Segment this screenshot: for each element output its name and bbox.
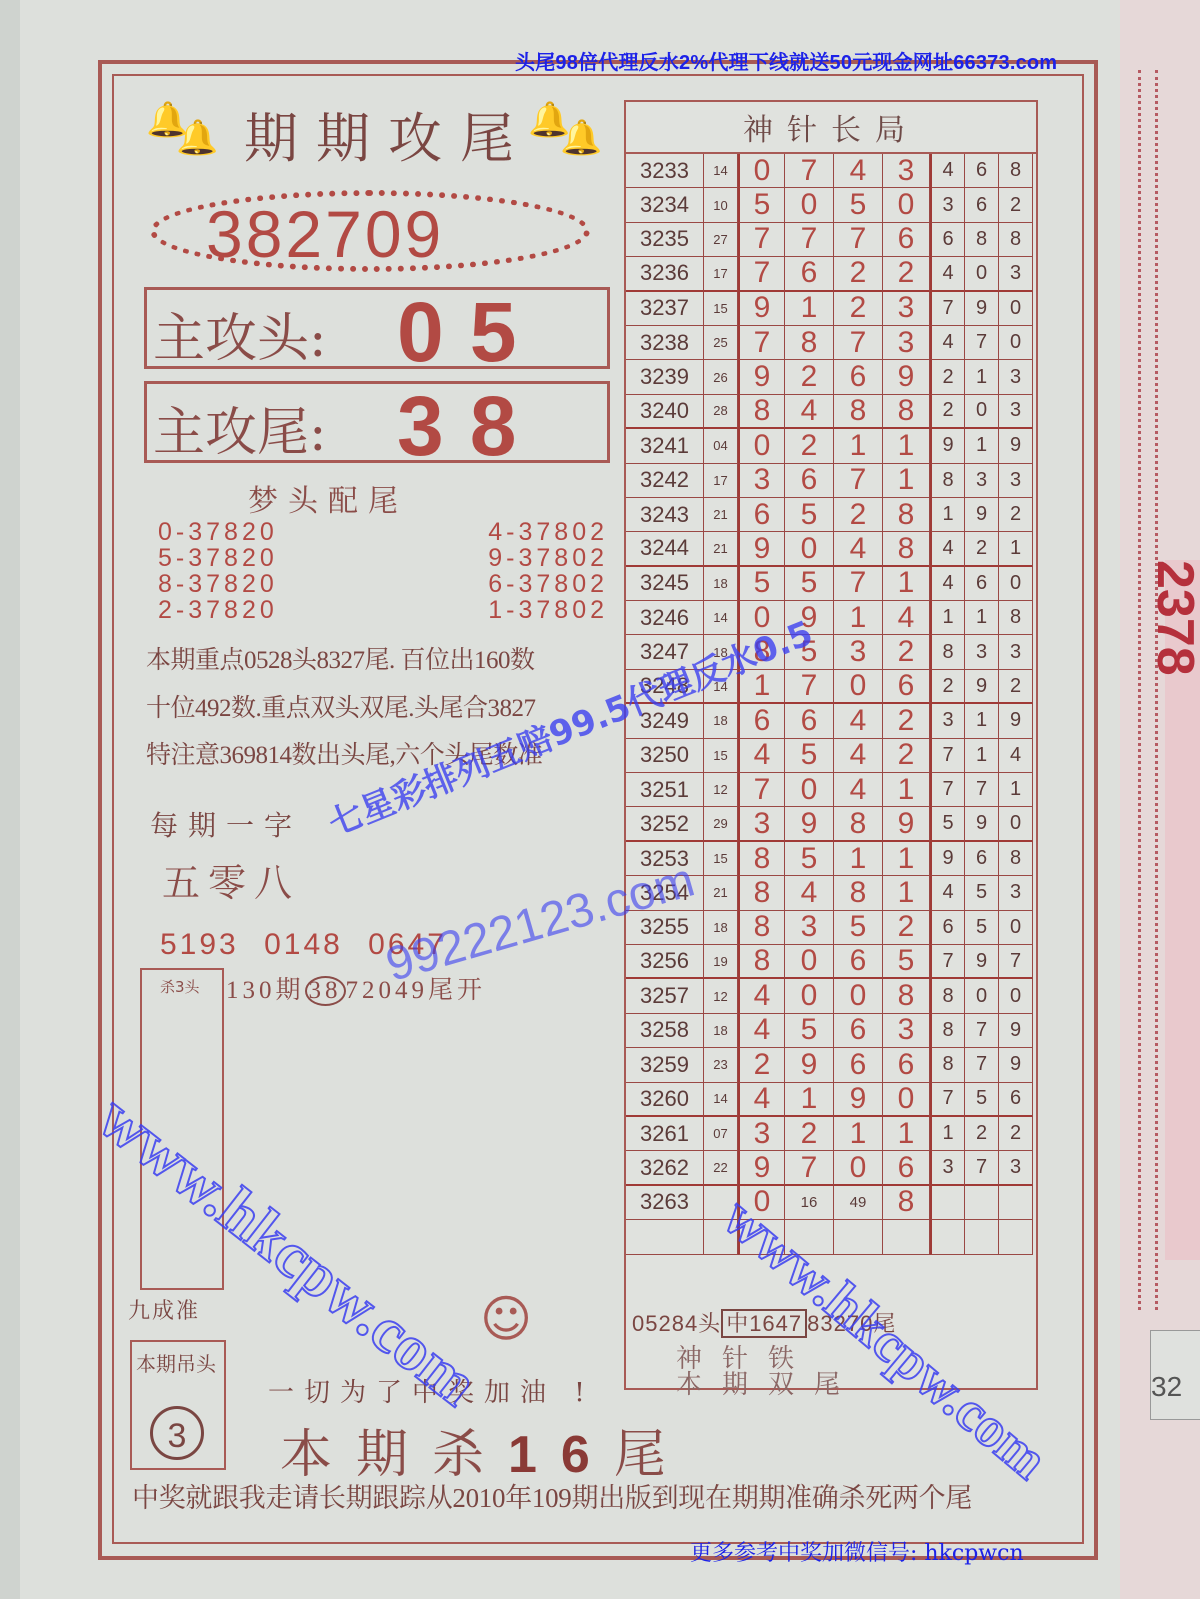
extra-digit-cell — [965, 1186, 999, 1220]
extra-digit-cell: 9 — [999, 1014, 1033, 1048]
extra-digit-cell: 1 — [965, 601, 999, 635]
page-title: 期期攻尾 — [244, 96, 532, 173]
issue-number-cell: 3241 — [626, 429, 704, 463]
extra-digit-cell: 7 — [999, 945, 1033, 979]
extra-digit-cell: 9 — [965, 807, 999, 841]
dream-pairs-title: 梦头配尾 — [248, 476, 408, 520]
main-head-box: 主攻头: 05 — [144, 287, 610, 369]
main-digit-cell: 7 — [834, 326, 883, 360]
extra-digit-cell: 5 — [965, 1083, 999, 1117]
issue-number-cell: 3251 — [626, 773, 704, 807]
main-digit-cell: 5 — [785, 498, 834, 532]
main-digit-cell: 6 — [834, 1014, 883, 1048]
record-prefix: 130期 — [226, 977, 305, 1004]
extra-digit-cell: 1 — [930, 601, 965, 635]
issue-number-cell: 3235 — [626, 223, 704, 257]
issue-number-cell: 3246 — [626, 601, 704, 635]
issue-number-cell: 3261 — [626, 1117, 704, 1151]
pair-row: 2-378201-37802 — [158, 596, 608, 622]
main-digit-cell: 6 — [834, 360, 883, 394]
sum-cell: 22 — [704, 1151, 738, 1185]
main-digit-cell: 2 — [785, 360, 834, 394]
main-digit-cell: 5 — [834, 911, 883, 945]
main-digit-cell: 9 — [785, 807, 834, 841]
issue-number-cell: 3262 — [626, 1151, 704, 1185]
extra-digit-cell: 2 — [999, 670, 1033, 704]
extra-digit-cell: 7 — [965, 1151, 999, 1185]
extra-digit-cell — [930, 1220, 965, 1254]
pair-right: 6-37802 — [488, 570, 608, 596]
main-digit-cell: 0 — [785, 188, 834, 222]
main-digit-cell: 3 — [883, 326, 930, 360]
extra-digit-cell: 1 — [965, 429, 999, 463]
extra-digit-cell: 5 — [965, 911, 999, 945]
main-digit-cell: 2 — [883, 257, 930, 291]
main-digit-cell: 8 — [738, 876, 785, 910]
main-digit-cell: 1 — [834, 601, 883, 635]
main-digit-cell: 7 — [834, 567, 883, 601]
pair-right: 1-37802 — [488, 596, 608, 622]
main-digit-cell: 1 — [834, 842, 883, 876]
main-digit-cell: 0 — [738, 429, 785, 463]
extra-digit-cell: 3 — [999, 395, 1033, 429]
main-digit-cell: 3 — [883, 154, 930, 188]
extra-digit-cell: 4 — [930, 154, 965, 188]
sum-cell: 18 — [704, 567, 738, 601]
main-digit-cell: 1 — [883, 567, 930, 601]
extra-digit-cell: 8 — [999, 842, 1033, 876]
feature-number-oval: 382709 — [150, 190, 590, 272]
main-digit-cell: 49 — [834, 1186, 883, 1220]
extra-digit-cell: 7 — [965, 1048, 999, 1082]
extra-digit-cell: 8 — [930, 979, 965, 1013]
main-digit-cell: 2 — [785, 1117, 834, 1151]
main-digit-cell: 7 — [785, 154, 834, 188]
main-digit-cell: 8 — [738, 395, 785, 429]
main-tail-label: 主攻尾: — [153, 390, 327, 465]
extra-digit-cell: 7 — [965, 1014, 999, 1048]
issue-number-cell: 3256 — [626, 945, 704, 979]
main-digit-cell: 8 — [738, 842, 785, 876]
extra-digit-cell: 9 — [965, 670, 999, 704]
extra-digit-cell: 4 — [930, 257, 965, 291]
sum-cell: 18 — [704, 704, 738, 738]
main-digit-cell: 8 — [883, 395, 930, 429]
extra-digit-cell: 6 — [965, 842, 999, 876]
extra-digit-cell: 3 — [999, 876, 1033, 910]
main-digit-cell: 0 — [785, 773, 834, 807]
extra-digit-cell: 3 — [930, 704, 965, 738]
extra-digit-cell: 1 — [999, 773, 1033, 807]
pair-left: 2-37820 — [158, 596, 278, 622]
circled-number: 38 — [305, 976, 346, 1006]
kill-head-label: 杀3头 — [160, 976, 200, 997]
main-digit-cell: 3 — [738, 807, 785, 841]
sum-cell: 18 — [704, 911, 738, 945]
extra-digit-cell: 3 — [999, 1151, 1033, 1185]
issue-number-cell — [626, 1220, 704, 1254]
extra-digit-cell: 6 — [930, 223, 965, 257]
bottom-advert[interactable]: 更多参考中奖加微信号: hkcpwcn — [690, 1536, 1024, 1567]
extra-digit-cell: 9 — [965, 292, 999, 326]
main-digit-cell: 2 — [834, 257, 883, 291]
extra-digit-cell: 9 — [930, 842, 965, 876]
main-tail-box: 主攻尾: 38 — [144, 381, 610, 463]
sum-cell: 19 — [704, 945, 738, 979]
main-digit-cell — [883, 1220, 930, 1254]
sum-cell: 25 — [704, 326, 738, 360]
main-digit-cell: 6 — [738, 704, 785, 738]
main-digit-cell: 8 — [883, 498, 930, 532]
main-digit-cell: 6 — [785, 257, 834, 291]
extra-digit-cell: 8 — [930, 635, 965, 669]
results-table: 神针长局 32331407434683234105050362323527777… — [624, 100, 1038, 1390]
sum-cell: 17 — [704, 464, 738, 498]
extra-digit-cell: 1 — [965, 739, 999, 773]
extra-digit-cell: 0 — [965, 979, 999, 1013]
sum-cell: 17 — [704, 257, 738, 291]
main-digit-cell: 2 — [738, 1048, 785, 1082]
main-digit-cell: 7 — [738, 257, 785, 291]
main-digit-cell: 8 — [785, 326, 834, 360]
extra-digit-cell: 0 — [999, 292, 1033, 326]
sum-cell: 07 — [704, 1117, 738, 1151]
issue-number-cell: 3242 — [626, 464, 704, 498]
cartoon-kid-icon: ☺ — [480, 1290, 532, 1348]
extra-digit-cell: 2 — [965, 1117, 999, 1151]
main-digit-cell: 9 — [883, 360, 930, 394]
issue-number-cell: 3263 — [626, 1186, 704, 1220]
extra-digit-cell: 9 — [965, 498, 999, 532]
main-digit-cell: 2 — [883, 911, 930, 945]
extra-digit-cell: 0 — [999, 979, 1033, 1013]
extra-digit-cell: 8 — [999, 601, 1033, 635]
extra-digit-cell: 2 — [930, 395, 965, 429]
main-digit-cell: 1 — [883, 876, 930, 910]
extra-digit-cell: 7 — [930, 292, 965, 326]
extra-digit-cell: 3 — [999, 360, 1033, 394]
top-advert-banner[interactable]: 头尾98倍代理反水2%代理下线就送50元现金网址66373.com — [515, 46, 1057, 75]
extra-digit-cell: 2 — [999, 188, 1033, 222]
main-digit-cell: 4 — [738, 739, 785, 773]
extra-digit-cell: 7 — [930, 945, 965, 979]
main-digit-cell: 3 — [883, 292, 930, 326]
extra-digit-cell: 9 — [999, 429, 1033, 463]
main-digit-cell: 6 — [883, 1048, 930, 1082]
extra-digit-cell: 3 — [999, 464, 1033, 498]
main-digit-cell: 1 — [883, 464, 930, 498]
main-digit-cell: 7 — [785, 1151, 834, 1185]
main-digit-cell: 1 — [834, 429, 883, 463]
sum-cell: 10 — [704, 188, 738, 222]
sum-cell: 21 — [704, 498, 738, 532]
main-digit-cell: 1 — [883, 429, 930, 463]
main-digit-cell: 3 — [785, 911, 834, 945]
main-digit-cell: 5 — [785, 567, 834, 601]
main-digit-cell: 6 — [785, 464, 834, 498]
main-digit-cell: 9 — [738, 360, 785, 394]
main-digit-cell: 0 — [785, 945, 834, 979]
extra-digit-cell: 0 — [999, 911, 1033, 945]
decorative-border — [1138, 70, 1158, 1310]
sum-cell: 15 — [704, 292, 738, 326]
main-digit-cell: 4 — [834, 532, 883, 566]
extra-digit-cell: 8 — [999, 223, 1033, 257]
main-digit-cell: 5 — [738, 188, 785, 222]
main-digit-cell: 1 — [883, 842, 930, 876]
extra-digit-cell: 4 — [930, 876, 965, 910]
main-head-label: 主攻头: — [153, 296, 327, 371]
sum-cell: 27 — [704, 223, 738, 257]
extra-digit-cell: 1 — [930, 1117, 965, 1151]
issue-number-cell: 3236 — [626, 257, 704, 291]
main-digit-cell: 5 — [785, 842, 834, 876]
main-digit-cell: 3 — [834, 635, 883, 669]
issue-number-cell: 3258 — [626, 1014, 704, 1048]
extra-digit-cell: 1 — [999, 532, 1033, 566]
pair-left: 0-37820 — [158, 518, 278, 544]
main-digit-cell: 5 — [883, 945, 930, 979]
extra-digit-cell: 0 — [965, 257, 999, 291]
main-digit-cell: 6 — [883, 670, 930, 704]
main-digit-cell: 1 — [785, 292, 834, 326]
extra-digit-cell: 3 — [999, 257, 1033, 291]
main-digit-cell: 1 — [785, 1083, 834, 1117]
main-tail-value: 38 — [397, 378, 542, 475]
extra-digit-cell: 6 — [999, 1083, 1033, 1117]
sum-cell: 12 — [704, 773, 738, 807]
extra-digit-cell — [930, 1186, 965, 1220]
extra-digit-cell: 8 — [999, 154, 1033, 188]
note-line: 本期重点0528头8327尾. 百位出160数 — [146, 640, 535, 676]
extra-digit-cell: 2 — [999, 498, 1033, 532]
extra-digit-cell: 1 — [965, 704, 999, 738]
sum-cell: 14 — [704, 601, 738, 635]
feature-number: 382709 — [206, 196, 444, 272]
main-digit-cell: 3 — [738, 1117, 785, 1151]
extra-digit-cell: 7 — [930, 1083, 965, 1117]
issue-number-cell: 3233 — [626, 154, 704, 188]
pair-row: 5-378209-37802 — [158, 544, 608, 570]
extra-digit-cell: 2 — [930, 670, 965, 704]
extra-digit-cell: 4 — [930, 567, 965, 601]
extra-digit-cell: 4 — [930, 326, 965, 360]
main-digit-cell: 2 — [785, 429, 834, 463]
extra-digit-cell: 7 — [965, 773, 999, 807]
sum-cell: 21 — [704, 876, 738, 910]
pair-row: 0-378204-37802 — [158, 518, 608, 544]
main-digit-cell: 4 — [785, 395, 834, 429]
main-digit-cell: 1 — [834, 1117, 883, 1151]
main-digit-cell: 6 — [785, 704, 834, 738]
main-digit-cell: 8 — [738, 911, 785, 945]
main-digit-cell: 8 — [883, 979, 930, 1013]
extra-digit-cell: 9 — [999, 704, 1033, 738]
main-digit-cell: 3 — [883, 1014, 930, 1048]
main-digit-cell: 8 — [883, 1186, 930, 1220]
table-footer-subtitle: 本期双尾 — [676, 1364, 860, 1401]
main-digit-cell: 4 — [785, 876, 834, 910]
footer-head: 05284头 — [632, 1311, 721, 1336]
main-digit-cell: 0 — [834, 1151, 883, 1185]
main-digit-cell: 7 — [738, 223, 785, 257]
extra-digit-cell: 9 — [999, 1048, 1033, 1082]
main-digit-cell: 8 — [834, 395, 883, 429]
main-digit-cell: 6 — [834, 1048, 883, 1082]
main-digit-cell: 9 — [883, 807, 930, 841]
bell-icon: 🔔 — [560, 118, 602, 158]
main-digit-cell: 0 — [834, 979, 883, 1013]
main-digit-cell: 7 — [834, 464, 883, 498]
main-digit-cell: 4 — [738, 979, 785, 1013]
bell-icon: 🔔 — [176, 118, 218, 158]
main-digit-cell: 6 — [883, 1151, 930, 1185]
main-digit-cell: 5 — [834, 188, 883, 222]
main-digit-cell: 2 — [834, 292, 883, 326]
extra-digit-cell: 2 — [930, 360, 965, 394]
extra-digit-cell: 6 — [965, 154, 999, 188]
main-digit-cell: 1 — [883, 773, 930, 807]
extra-digit-cell: 0 — [999, 567, 1033, 601]
extra-digit-cell: 8 — [930, 464, 965, 498]
main-digit-cell: 0 — [883, 188, 930, 222]
main-digit-cell: 4 — [883, 601, 930, 635]
extra-digit-cell: 1 — [930, 498, 965, 532]
issue-number-cell: 3260 — [626, 1083, 704, 1117]
extra-digit-cell: 4 — [999, 739, 1033, 773]
extra-digit-cell — [965, 1220, 999, 1254]
extra-digit-cell: 0 — [999, 807, 1033, 841]
main-digit-cell: 4 — [834, 739, 883, 773]
main-digit-cell: 5 — [785, 1014, 834, 1048]
issue-number-cell: 3245 — [626, 567, 704, 601]
main-digit-cell: 5 — [785, 739, 834, 773]
extra-digit-cell: 3 — [930, 1151, 965, 1185]
extra-digit-cell: 7 — [965, 326, 999, 360]
wuling-label: 五零八 — [162, 852, 300, 907]
extra-digit-cell: 6 — [965, 188, 999, 222]
main-digit-cell: 8 — [834, 876, 883, 910]
extra-digit-cell: 9 — [965, 945, 999, 979]
sum-cell: 14 — [704, 154, 738, 188]
extra-digit-cell: 6 — [965, 567, 999, 601]
pair-right: 4-37802 — [488, 518, 608, 544]
sum-cell: 15 — [704, 842, 738, 876]
main-digit-cell: 9 — [785, 1048, 834, 1082]
dream-pairs-list: 0-378204-37802 5-378209-37802 8-378206-3… — [158, 518, 608, 622]
main-digit-cell: 0 — [834, 670, 883, 704]
sum-cell: 21 — [704, 532, 738, 566]
extra-digit-cell: 2 — [965, 532, 999, 566]
hang-head-label: 本期吊头 — [136, 1348, 216, 1377]
main-digit-cell: 2 — [883, 635, 930, 669]
main-head-value: 05 — [397, 284, 542, 381]
daily-char-label: 每期一字 — [150, 804, 302, 844]
main-digit-cell: 9 — [834, 1083, 883, 1117]
pair-left: 8-37820 — [158, 570, 278, 596]
note-line: 十位492数.重点双头双尾.头尾合3827 — [146, 688, 536, 724]
hang-head-box: 本期吊头 3 — [130, 1340, 226, 1470]
extra-digit-cell: 5 — [965, 876, 999, 910]
extra-digit-cell: 5 — [930, 807, 965, 841]
sum-cell: 26 — [704, 360, 738, 394]
main-digit-cell: 3 — [738, 464, 785, 498]
main-digit-cell: 4 — [834, 154, 883, 188]
sum-cell: 12 — [704, 979, 738, 1013]
issue-number-cell: 3234 — [626, 188, 704, 222]
issue-number-cell: 3238 — [626, 326, 704, 360]
issue-number-cell: 3240 — [626, 395, 704, 429]
issue-number-cell: 3237 — [626, 292, 704, 326]
main-digit-cell: 8 — [738, 945, 785, 979]
adjacent-big-number: 2378 — [1165, 560, 1200, 1260]
issue-number-cell: 3244 — [626, 532, 704, 566]
issue-number-cell: 3252 — [626, 807, 704, 841]
extra-digit-cell: 3 — [930, 188, 965, 222]
pair-left: 5-37820 — [158, 544, 278, 570]
main-digit-cell: 1 — [883, 1117, 930, 1151]
main-digit-cell: 8 — [883, 532, 930, 566]
accuracy-label: 九成准 — [128, 1294, 200, 1325]
main-digit-cell — [834, 1220, 883, 1254]
main-digit-cell: 7 — [738, 773, 785, 807]
extra-digit-cell: 9 — [930, 429, 965, 463]
main-digit-cell: 0 — [785, 979, 834, 1013]
sum-cell: 14 — [704, 1083, 738, 1117]
main-digit-cell: 0 — [785, 532, 834, 566]
extra-digit-cell: 3 — [965, 635, 999, 669]
extra-digit-cell: 4 — [930, 532, 965, 566]
main-digit-cell: 6 — [883, 223, 930, 257]
main-digit-cell: 0 — [883, 1083, 930, 1117]
sum-cell: 15 — [704, 739, 738, 773]
main-digit-cell: 2 — [883, 704, 930, 738]
main-digit-cell: 9 — [738, 532, 785, 566]
extra-digit-cell: 7 — [930, 773, 965, 807]
pair-right: 9-37802 — [488, 544, 608, 570]
extra-digit-cell — [999, 1220, 1033, 1254]
main-digit-cell: 9 — [738, 1151, 785, 1185]
issue-number-cell: 3259 — [626, 1048, 704, 1082]
adjacent-sheet-strip: 2378 32 — [1120, 0, 1200, 1599]
extra-digit-cell: 6 — [930, 911, 965, 945]
main-digit-cell: 5 — [738, 567, 785, 601]
main-digit-cell: 6 — [834, 945, 883, 979]
extra-digit-cell: 3 — [965, 464, 999, 498]
extra-digit-cell: 8 — [930, 1048, 965, 1082]
sum-cell: 18 — [704, 1014, 738, 1048]
adjacent-small-number: 32 — [1150, 1330, 1200, 1420]
extra-digit-cell: 8 — [965, 223, 999, 257]
extra-digit-cell: 8 — [930, 1014, 965, 1048]
footer-boxed: 中1647 — [721, 1309, 807, 1338]
table-title: 神针长局 — [626, 102, 1036, 154]
main-digit-cell: 7 — [785, 670, 834, 704]
main-digit-cell: 4 — [834, 773, 883, 807]
main-digit-cell: 6 — [738, 498, 785, 532]
main-digit-cell: 7 — [834, 223, 883, 257]
issue-number-cell: 3250 — [626, 739, 704, 773]
sum-cell: 23 — [704, 1048, 738, 1082]
sum-cell: 29 — [704, 807, 738, 841]
main-digit-cell: 4 — [738, 1014, 785, 1048]
main-digit-cell: 4 — [738, 1083, 785, 1117]
extra-digit-cell: 0 — [965, 395, 999, 429]
issue-number-cell: 3257 — [626, 979, 704, 1013]
hang-head-value: 3 — [150, 1406, 204, 1460]
extra-digit-cell: 3 — [999, 635, 1033, 669]
extra-digit-cell: 0 — [999, 326, 1033, 360]
